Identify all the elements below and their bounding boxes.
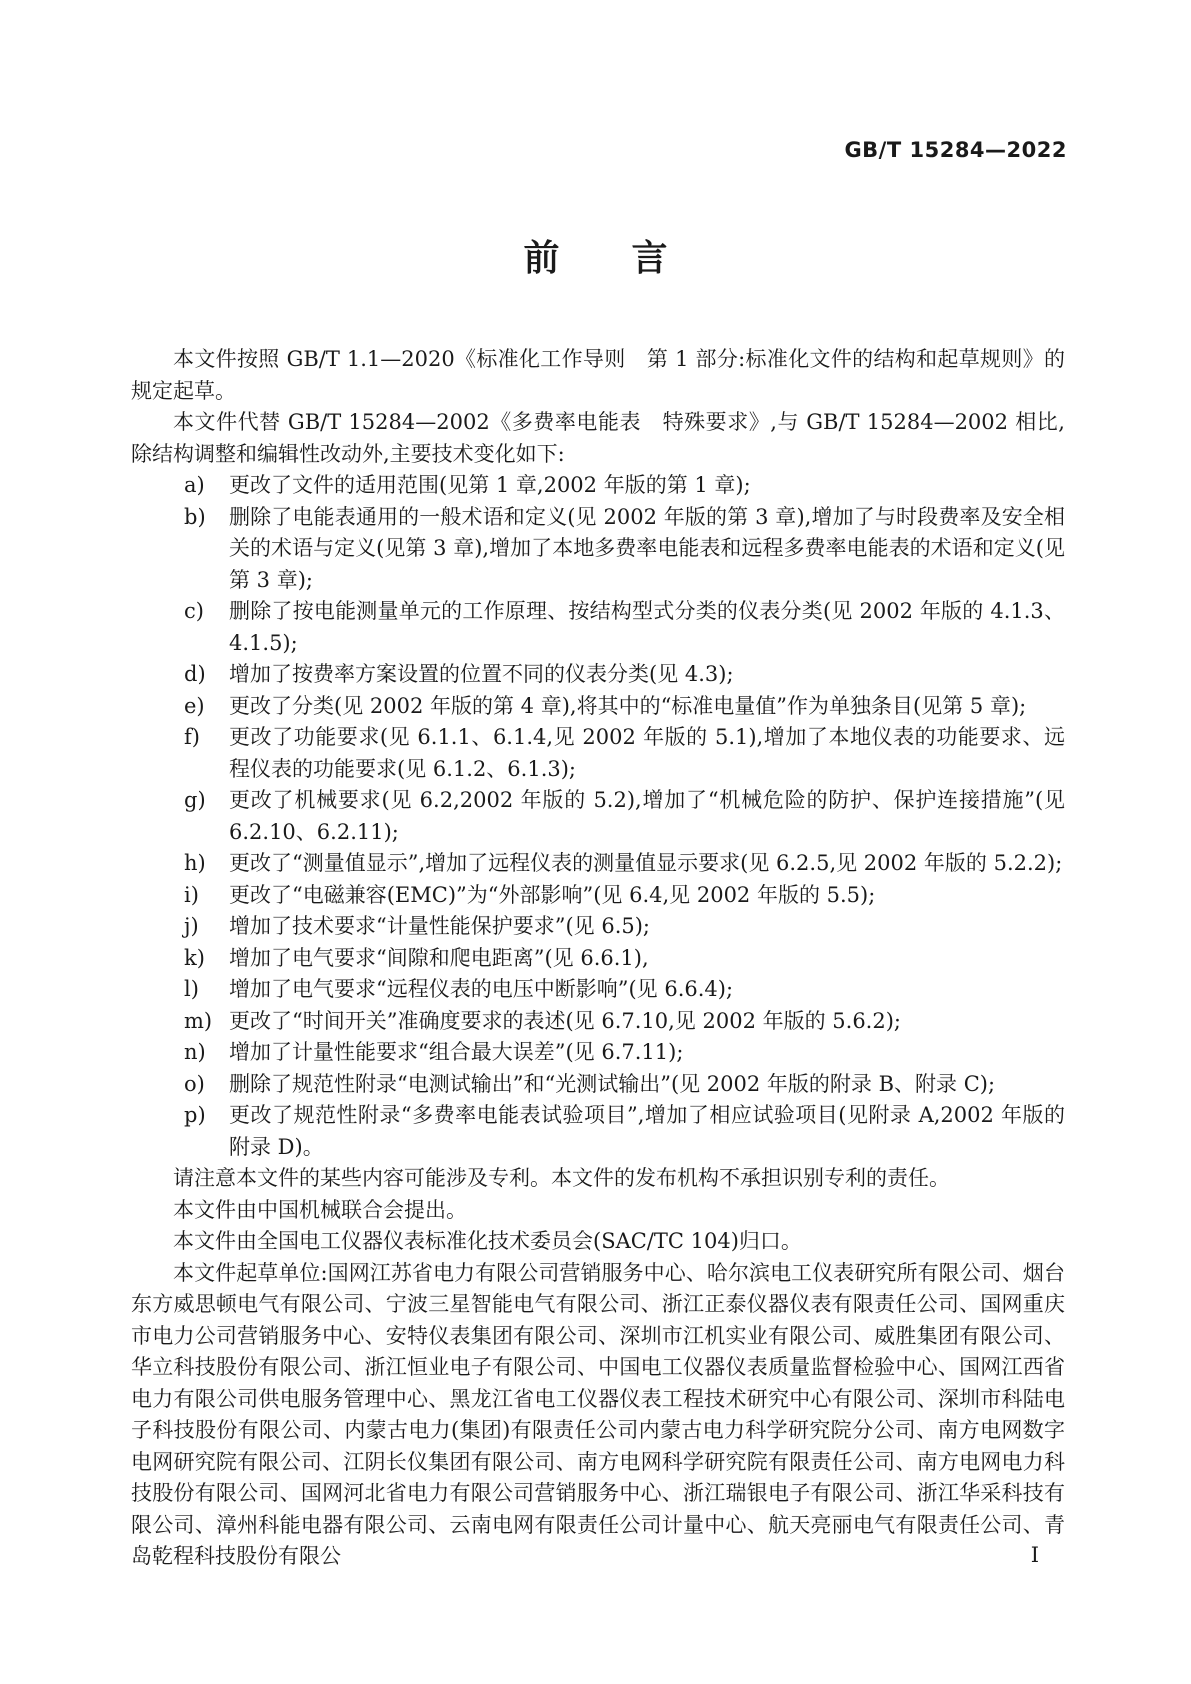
change-list-item: j) 增加了技术要求“计量性能保护要求”(见 6.5); [131, 911, 1065, 943]
change-item-letter: g) [184, 785, 206, 817]
page-title: 前 言 [0, 230, 1191, 281]
change-list-item: l) 增加了电气要求“远程仪表的电压中断影响”(见 6.6.4); [131, 974, 1065, 1006]
change-item-letter: c) [184, 596, 204, 628]
change-item-text: 删除了规范性附录“电测试输出”和“光测试输出”(见 2002 年版的附录 B、附… [229, 1072, 995, 1096]
change-item-letter: a) [184, 470, 205, 502]
change-item-text: 删除了电能表通用的一般术语和定义(见 2002 年版的第 3 章),增加了与时段… [229, 505, 1065, 592]
change-item-text: 更改了“时间开关”准确度要求的表述(见 6.7.10,见 2002 年版的 5.… [229, 1009, 901, 1033]
change-item-text: 更改了文件的适用范围(见第 1 章,2002 年版的第 1 章); [229, 473, 751, 497]
change-item-text: 更改了规范性附录“多费率电能表试验项目”,增加了相应试验项目(见附录 A,200… [229, 1103, 1065, 1159]
change-item-letter: o) [184, 1069, 205, 1101]
closing-paragraphs: 请注意本文件的某些内容可能涉及专利。本文件的发布机构不承担识别专利的责任。本文件… [131, 1163, 1065, 1573]
change-item-letter: p) [184, 1100, 206, 1132]
change-item-letter: b) [184, 502, 206, 534]
change-list-item: p) 更改了规范性附录“多费率电能表试验项目”,增加了相应试验项目(见附录 A,… [131, 1100, 1065, 1163]
change-item-text: 更改了“电磁兼容(EMC)”为“外部影响”(见 6.4,见 2002 年版的 5… [229, 883, 875, 907]
change-list-item: o) 删除了规范性附录“电测试输出”和“光测试输出”(见 2002 年版的附录 … [131, 1069, 1065, 1101]
change-item-text: 增加了技术要求“计量性能保护要求”(见 6.5); [229, 914, 650, 938]
closing-paragraph: 本文件起草单位:国网江苏省电力有限公司营销服务中心、哈尔滨电工仪表研究所有限公司… [131, 1258, 1065, 1573]
page-header: GB/T 15284—2022 [844, 138, 1067, 162]
change-list-item: k) 增加了电气要求“间隙和爬电距离”(见 6.6.1), [131, 943, 1065, 975]
change-item-letter: k) [184, 943, 205, 975]
change-item-letter: e) [184, 691, 205, 723]
change-item-letter: n) [184, 1037, 206, 1069]
change-item-letter: m) [184, 1006, 212, 1038]
change-item-text: 更改了分类(见 2002 年版的第 4 章),将其中的“标准电量值”作为单独条目… [229, 694, 1026, 718]
changes-list: a) 更改了文件的适用范围(见第 1 章,2002 年版的第 1 章); b) … [131, 470, 1065, 1163]
change-item-letter: d) [184, 659, 206, 691]
change-list-item: n) 增加了计量性能要求“组合最大误差”(见 6.7.11); [131, 1037, 1065, 1069]
change-list-item: m) 更改了“时间开关”准确度要求的表述(见 6.7.10,见 2002 年版的… [131, 1006, 1065, 1038]
paragraph-drafting-basis: 本文件按照 GB/T 1.1—2020《标准化工作导则 第 1 部分:标准化文件… [131, 344, 1065, 407]
document-page: GB/T 15284—2022 前 言 本文件按照 GB/T 1.1—2020《… [0, 0, 1191, 1684]
change-item-letter: j) [184, 911, 199, 943]
change-item-text: 更改了机械要求(见 6.2,2002 年版的 5.2),增加了“机械危险的防护、… [229, 788, 1065, 844]
change-list-item: h) 更改了“测量值显示”,增加了远程仪表的测量值显示要求(见 6.2.5,见 … [131, 848, 1065, 880]
change-item-text: 更改了“测量值显示”,增加了远程仪表的测量值显示要求(见 6.2.5,见 200… [229, 851, 1062, 875]
change-item-text: 增加了按费率方案设置的位置不同的仪表分类(见 4.3); [229, 662, 734, 686]
document-number: GB/T 15284—2022 [844, 138, 1067, 162]
change-list-item: i) 更改了“电磁兼容(EMC)”为“外部影响”(见 6.4,见 2002 年版… [131, 880, 1065, 912]
paragraph-replacement-note: 本文件代替 GB/T 15284—2002《多费率电能表 特殊要求》,与 GB/… [131, 407, 1065, 470]
change-item-letter: h) [184, 848, 206, 880]
closing-paragraph: 本文件由全国电工仪器仪表标准化技术委员会(SAC/TC 104)归口。 [131, 1226, 1065, 1258]
change-item-text: 增加了计量性能要求“组合最大误差”(见 6.7.11); [229, 1040, 683, 1064]
change-item-letter: l) [184, 974, 199, 1006]
change-item-letter: i) [184, 880, 199, 912]
change-list-item: f) 更改了功能要求(见 6.1.1、6.1.4,见 2002 年版的 5.1)… [131, 722, 1065, 785]
change-item-letter: f) [184, 722, 200, 754]
change-list-item: a) 更改了文件的适用范围(见第 1 章,2002 年版的第 1 章); [131, 470, 1065, 502]
closing-paragraph: 本文件由中国机械联合会提出。 [131, 1195, 1065, 1227]
change-list-item: e) 更改了分类(见 2002 年版的第 4 章),将其中的“标准电量值”作为单… [131, 691, 1065, 723]
change-list-item: d) 增加了按费率方案设置的位置不同的仪表分类(见 4.3); [131, 659, 1065, 691]
document-body: 本文件按照 GB/T 1.1—2020《标准化工作导则 第 1 部分:标准化文件… [131, 344, 1065, 1573]
change-item-text: 增加了电气要求“远程仪表的电压中断影响”(见 6.6.4); [229, 977, 733, 1001]
change-item-text: 删除了按电能测量单元的工作原理、按结构型式分类的仪表分类(见 2002 年版的 … [229, 599, 1065, 655]
change-list-item: c) 删除了按电能测量单元的工作原理、按结构型式分类的仪表分类(见 2002 年… [131, 596, 1065, 659]
page-number: I [1031, 1543, 1039, 1567]
change-list-item: b) 删除了电能表通用的一般术语和定义(见 2002 年版的第 3 章),增加了… [131, 502, 1065, 597]
closing-paragraph: 请注意本文件的某些内容可能涉及专利。本文件的发布机构不承担识别专利的责任。 [131, 1163, 1065, 1195]
change-item-text: 更改了功能要求(见 6.1.1、6.1.4,见 2002 年版的 5.1),增加… [229, 725, 1065, 781]
change-item-text: 增加了电气要求“间隙和爬电距离”(见 6.6.1), [229, 946, 649, 970]
change-list-item: g) 更改了机械要求(见 6.2,2002 年版的 5.2),增加了“机械危险的… [131, 785, 1065, 848]
